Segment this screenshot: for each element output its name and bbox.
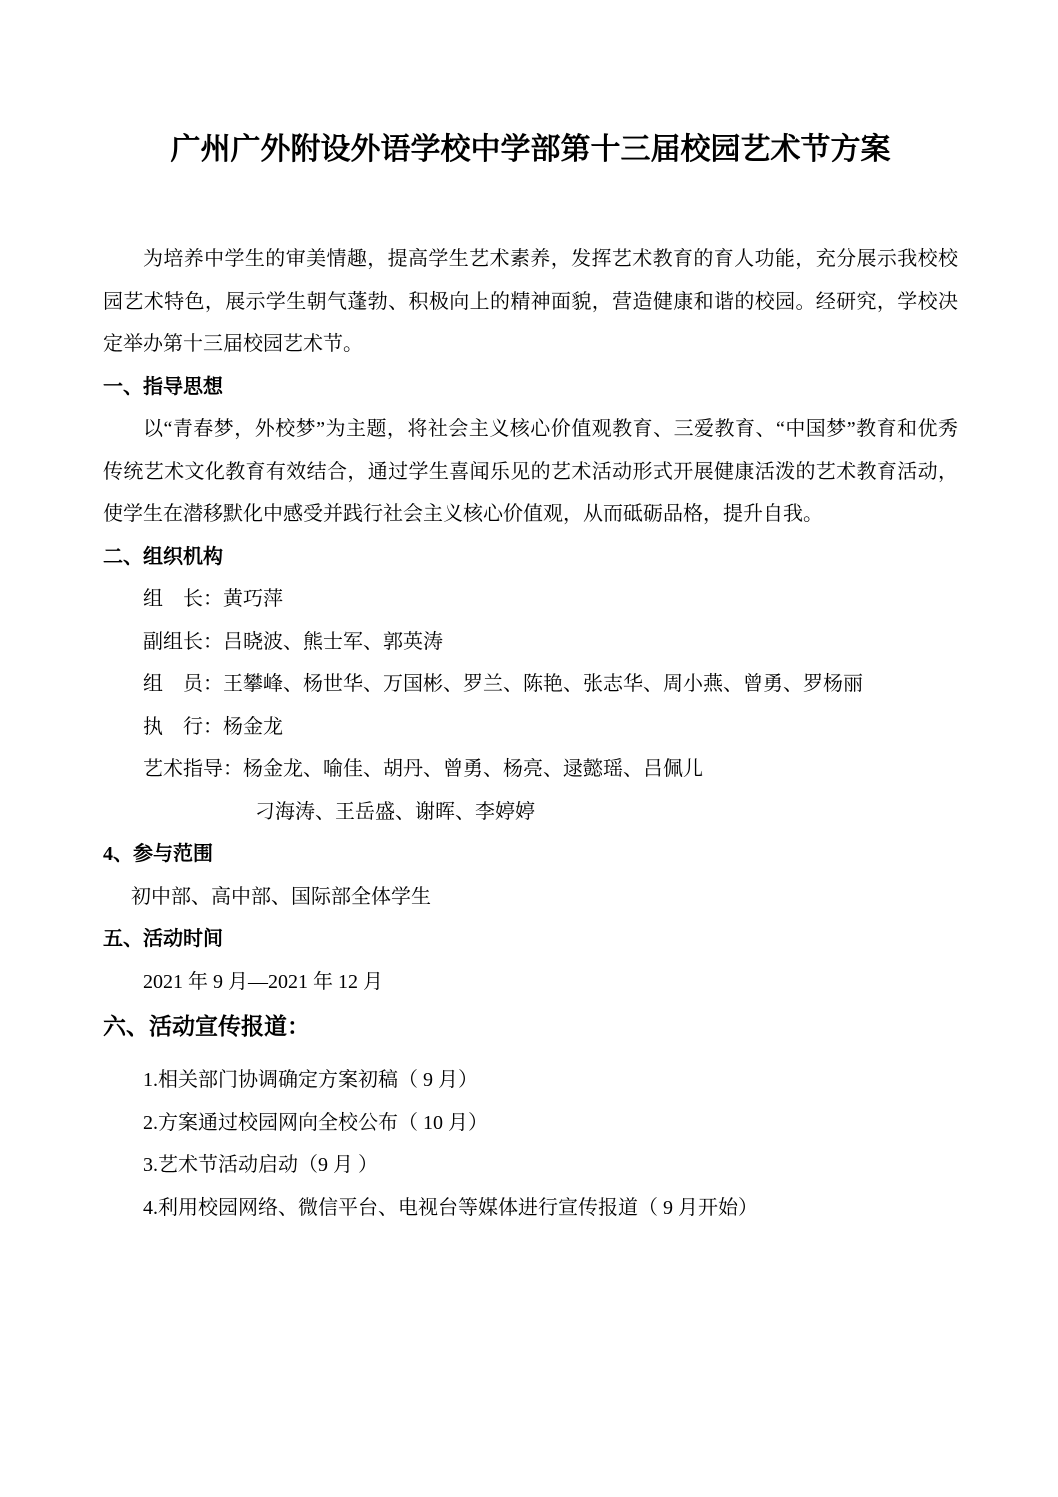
- section-guiding-body: 以“青春梦，外校梦”为主题，将社会主义核心价值观教育、三爱教育、“中国梦”教育和…: [103, 408, 958, 536]
- publicity-item-2: 2.方案通过校园网向全校公布（ 10 月）: [103, 1102, 958, 1145]
- publicity-item-1: 1.相关部门协调确定方案初稿（ 9 月）: [103, 1059, 958, 1102]
- role-line-deputy: 副组长：吕晓波、熊士军、郭英涛: [103, 621, 958, 664]
- document-page: 广州广外附设外语学校中学部第十三届校园艺术节方案 为培养中学生的审美情趣，提高学…: [0, 0, 1058, 1497]
- role-value: 杨金龙、喻佳、胡丹、曾勇、杨亮、逯懿瑶、吕佩儿: [243, 758, 703, 780]
- role-label: 组 长：: [143, 588, 223, 610]
- section-time-heading: 五、活动时间: [103, 918, 958, 961]
- role-line-members: 组 员：王攀峰、杨世华、万国彬、罗兰、陈艳、张志华、周小燕、曾勇、罗杨丽: [103, 663, 958, 706]
- role-label: 执 行：: [143, 716, 223, 738]
- document-content: 广州广外附设外语学校中学部第十三届校园艺术节方案 为培养中学生的审美情趣，提高学…: [103, 128, 958, 1229]
- role-line-art-advisors-continued: 刁海涛、王岳盛、谢晖、李婷婷: [103, 791, 958, 834]
- role-label: 副组长：: [143, 631, 223, 653]
- role-line-leader: 组 长：黄巧萍: [103, 578, 958, 621]
- section-org-heading: 二、组织机构: [103, 536, 958, 579]
- role-line-art-advisors: 艺术指导：杨金龙、喻佳、胡丹、曾勇、杨亮、逯懿瑶、吕佩儿: [103, 748, 958, 791]
- role-value: 杨金龙: [223, 716, 283, 738]
- intro-paragraph: 为培养中学生的审美情趣，提高学生艺术素养，发挥艺术教育的育人功能，充分展示我校校…: [103, 238, 958, 366]
- section-scope-body: 初中部、高中部、国际部全体学生: [103, 876, 958, 919]
- publicity-item-3: 3.艺术节活动启动（9 月 ）: [103, 1144, 958, 1187]
- role-value: 王攀峰、杨世华、万国彬、罗兰、陈艳、张志华、周小燕、曾勇、罗杨丽: [223, 673, 863, 695]
- section-publicity-heading: 六、活动宣传报道：: [103, 1003, 958, 1051]
- role-value: 吕晓波、熊士军、郭英涛: [223, 631, 443, 653]
- section-scope-heading: 4、参与范围: [103, 833, 958, 876]
- role-value: 黄巧萍: [223, 588, 283, 610]
- publicity-item-4: 4.利用校园网络、微信平台、电视台等媒体进行宣传报道（ 9 月开始）: [103, 1187, 958, 1230]
- role-line-executor: 执 行：杨金龙: [103, 706, 958, 749]
- section-time-body: 2021 年 9 月—2021 年 12 月: [103, 961, 958, 1004]
- role-label: 艺术指导：: [143, 758, 243, 780]
- document-title: 广州广外附设外语学校中学部第十三届校园艺术节方案: [103, 128, 958, 172]
- section-guiding-heading: 一、指导思想: [103, 366, 958, 409]
- role-label: 组 员：: [143, 673, 223, 695]
